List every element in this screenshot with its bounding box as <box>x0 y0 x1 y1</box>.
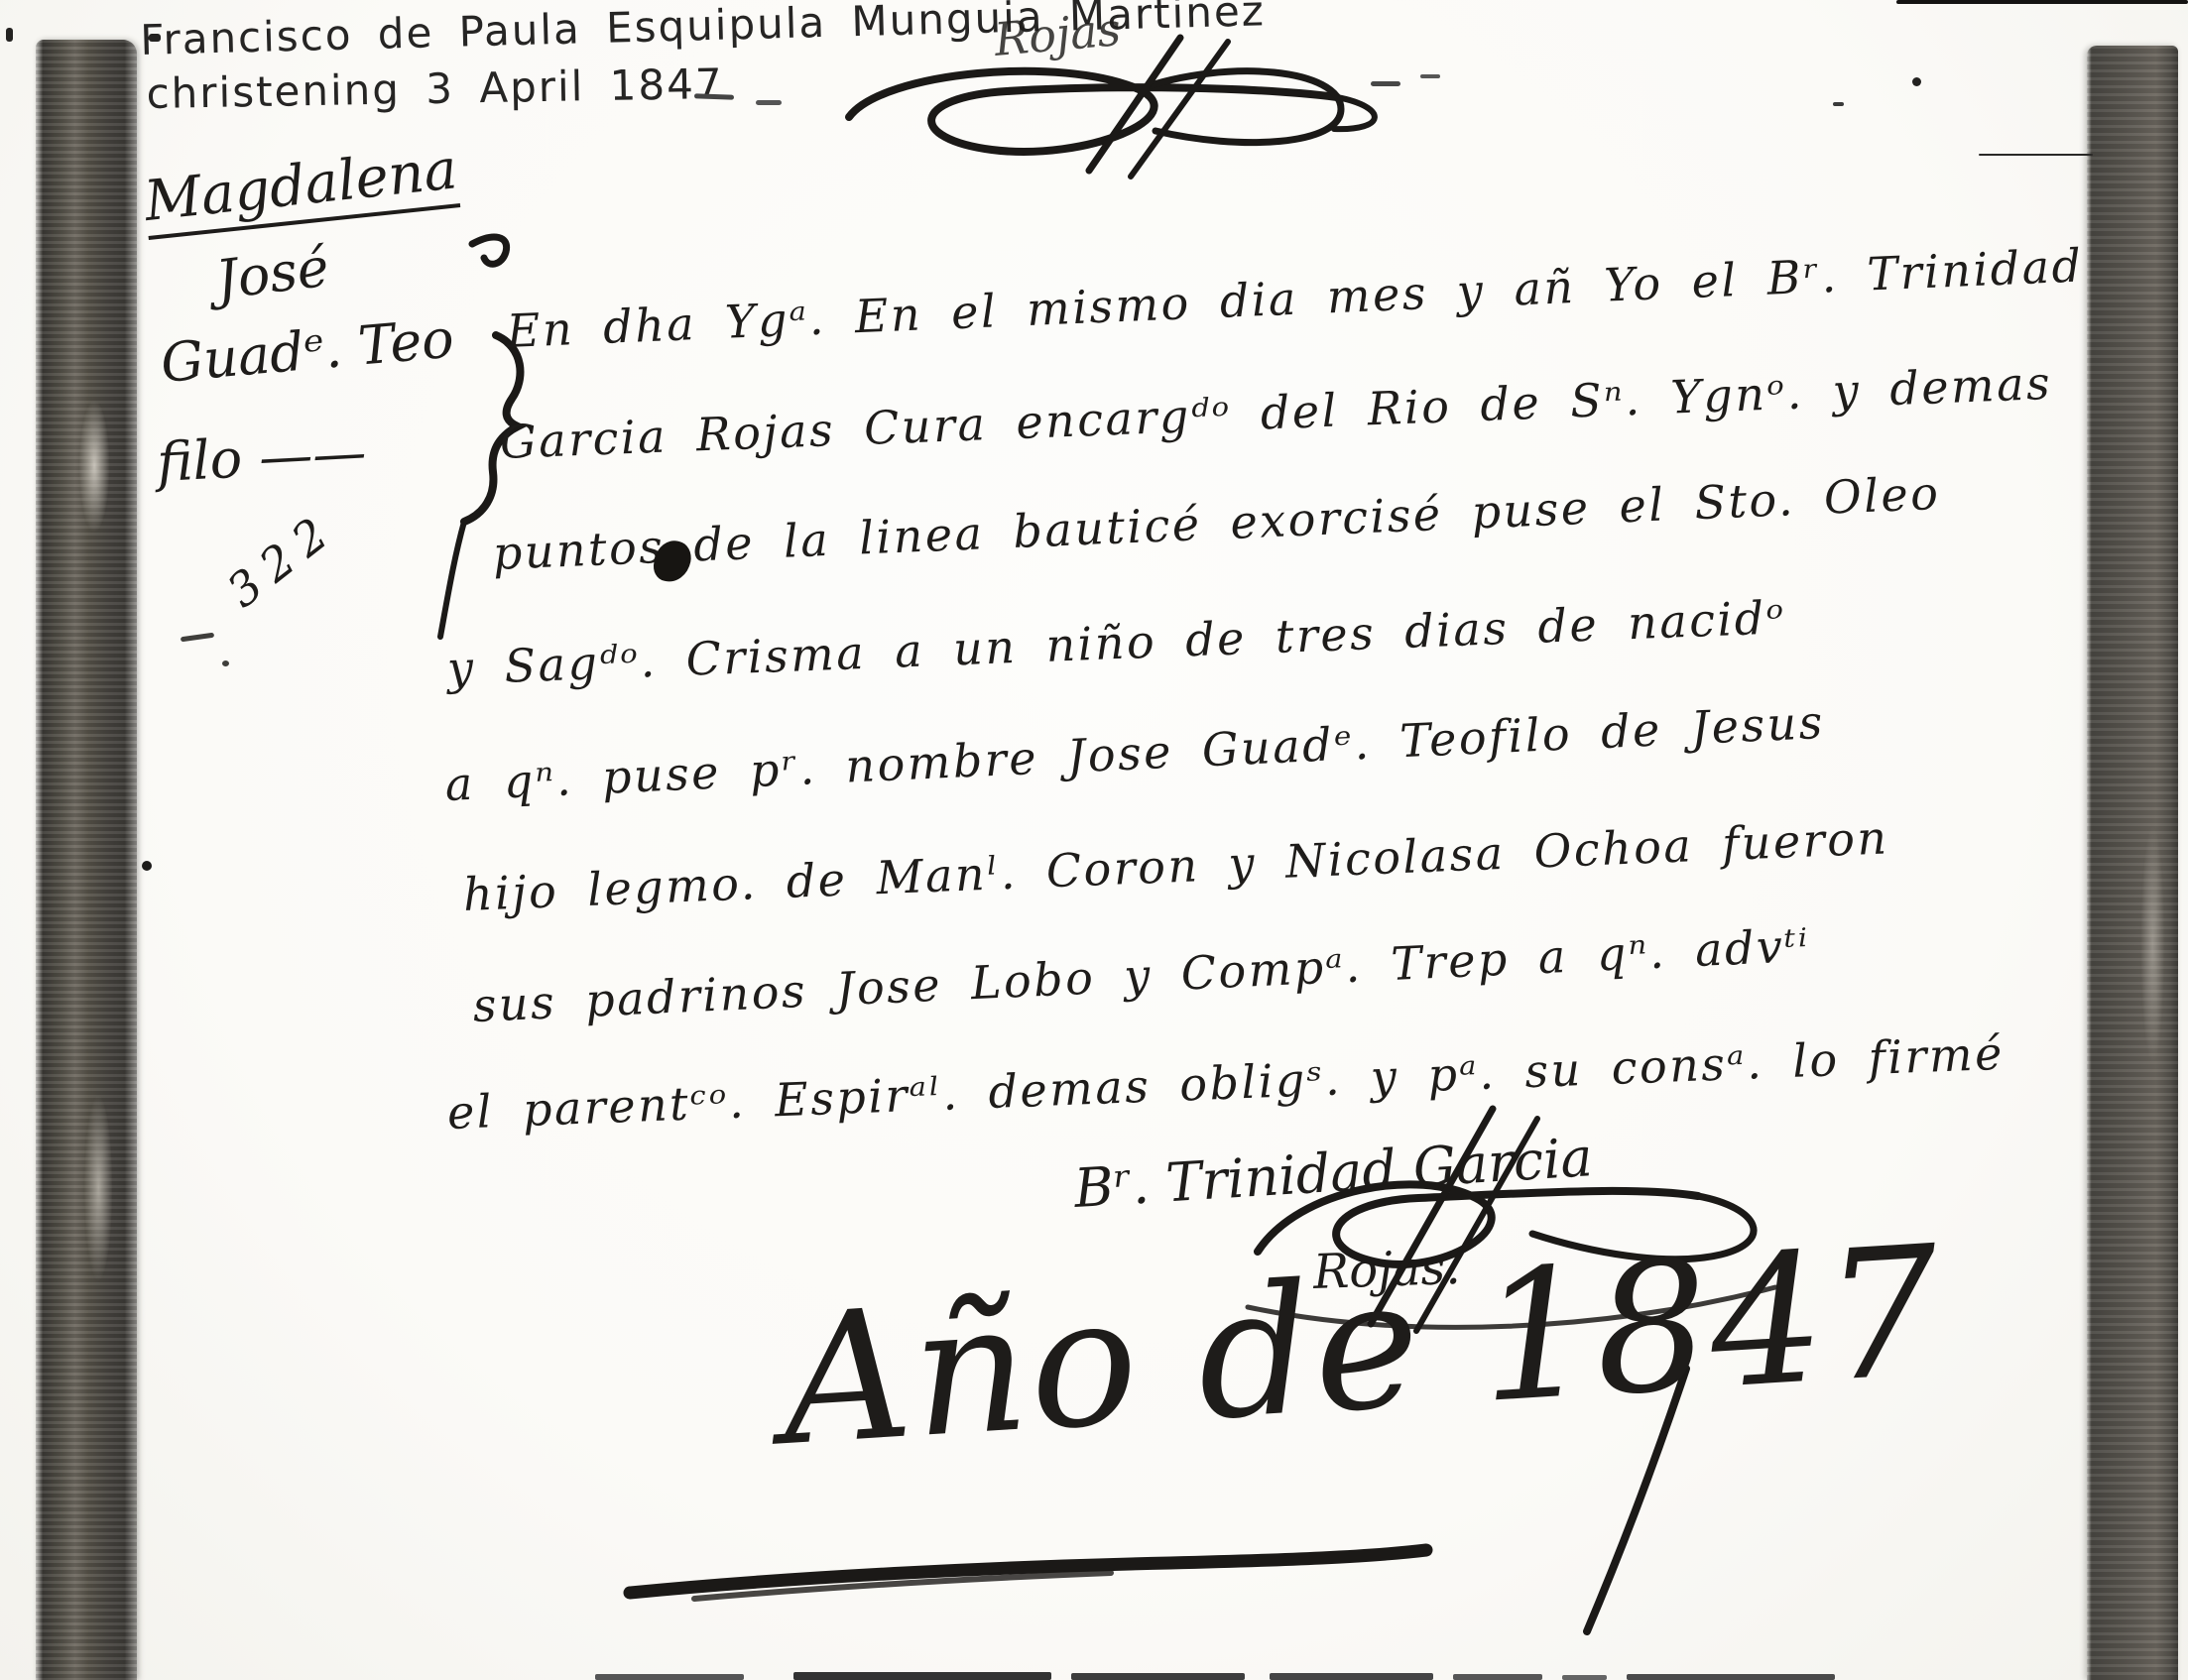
ink-speck <box>1833 102 1844 106</box>
priest-signature-line-1: Bʳ. Trinidad Garcia <box>1072 1127 1594 1220</box>
scan-dash <box>1453 1674 1542 1680</box>
margin-name-line-2: Guadᵉ. Teo <box>159 307 457 395</box>
margin-page-number: 322 <box>217 501 346 618</box>
annotation-date-line: christening 3 April 1847 <box>146 60 724 118</box>
ink-speck <box>142 861 152 871</box>
body-line-5: a qⁿ. puse pʳ. nombre Jose Guadᵉ. Teofil… <box>444 696 1826 811</box>
top-edge-scan-line <box>1896 0 2188 4</box>
scanned-christening-record: Francisco de Paula Esquipula Munguia Mar… <box>0 0 2188 1680</box>
scan-dash <box>1071 1673 1245 1680</box>
body-line-1: En dha Ygᵃ. En el mismo dia mes y añ Yo … <box>506 239 2085 357</box>
body-line-3: puntos de la linea bauticé exorcisé puse… <box>492 467 1942 580</box>
ink-speck <box>756 100 782 105</box>
ink-speck <box>149 34 161 42</box>
scan-dash <box>1270 1673 1433 1680</box>
left-film-edge <box>36 40 137 1680</box>
ink-speck <box>1371 81 1400 86</box>
ink-speck <box>1912 77 1921 86</box>
ink-speck <box>181 633 214 643</box>
margin-name-line-1: José <box>212 237 332 312</box>
scan-dash <box>595 1674 744 1680</box>
right-film-edge <box>2087 46 2178 1680</box>
scan-scratch-line <box>1979 154 2093 156</box>
margin-heading: Magdalena <box>142 138 461 240</box>
body-line-4: y Sagᵈᵒ. Crisma a un niño de tres dias d… <box>446 591 1787 695</box>
year-banner: Año de 1847 <box>776 1209 1947 1485</box>
ink-speck <box>6 28 13 42</box>
scan-dash <box>793 1672 1051 1680</box>
ink-speck <box>1420 74 1440 78</box>
body-line-6: hijo legmo. de Manˡ. Coron y Nicolasa Oc… <box>462 811 1890 921</box>
body-line-8: el parentᶜᵒ. Espirᵃˡ. demas obligˢ. y pᵃ… <box>446 1027 2006 1140</box>
margin-name-line-3: filo —— <box>156 421 368 494</box>
rubric-word-top: Rojas <box>992 3 1123 66</box>
body-line-7: sus padrinos Jose Lobo y Compᵃ. Trep a q… <box>472 919 1812 1032</box>
scan-dash <box>1562 1675 1607 1680</box>
scan-dash <box>1627 1674 1835 1680</box>
body-line-2: Garcia Rojas Cura encargᵈᵒ del Rio de Sⁿ… <box>499 357 2053 469</box>
ink-speck <box>222 660 229 666</box>
